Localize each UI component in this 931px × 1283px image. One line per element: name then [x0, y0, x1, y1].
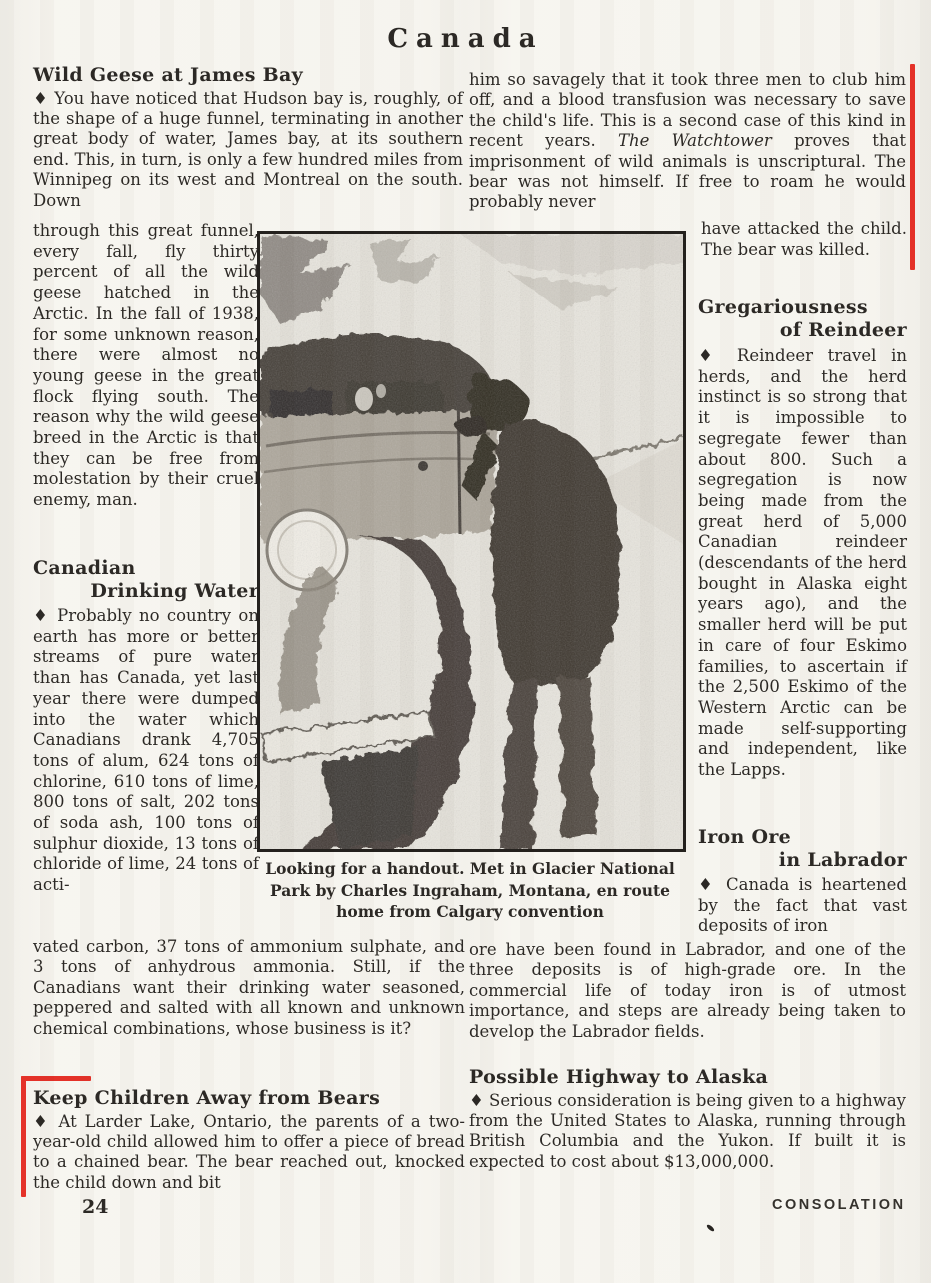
article-iron-ore: Iron Ore in Labrador ♦ Canada is hearten… — [698, 826, 907, 937]
italic-publication-title: The Watchtower — [618, 131, 772, 150]
article-alaska-highway: Possible Highway to Alaska ♦ Serious con… — [469, 1066, 906, 1172]
article-heading: Wild Geese at James Bay — [33, 64, 463, 87]
bear-photo — [257, 231, 686, 852]
article-wild-geese-continuation: through this great funnel, every fall, f… — [33, 221, 259, 511]
article-paragraph: have attacked the child. The bear was ki… — [701, 219, 907, 260]
article-bear-story-lead: him so savagely that it took three men t… — [469, 70, 906, 213]
article-drinking-water-continuation: vated carbon, 37 tons of ammonium sulpha… — [33, 937, 465, 1039]
bear-photo-illustration — [260, 234, 683, 849]
article-paragraph: ♦ Probably no country on earth has more … — [33, 606, 259, 896]
article-heading: Canadian Drinking Water — [33, 557, 259, 602]
article-heading: Gregariousness of Reindeer — [698, 296, 907, 341]
article-paragraph: ore have been found in Labrador, and one… — [469, 940, 906, 1042]
red-bracket-top — [21, 1076, 91, 1081]
article-heading: Possible Highway to Alaska — [469, 1066, 906, 1089]
article-paragraph: ♦ Canada is heartened by the fact that v… — [698, 875, 907, 937]
article-wild-geese-lead: Wild Geese at James Bay ♦ You have notic… — [33, 64, 463, 211]
article-keep-children: Keep Children Away from Bears ♦ At Larde… — [33, 1087, 465, 1193]
article-paragraph: ♦ Reindeer travel in herds, and the herd… — [698, 346, 907, 781]
halftone-grain — [260, 234, 683, 849]
ink-speck — [706, 1224, 715, 1233]
article-paragraph: ♦ You have noticed that Hudson bay is, r… — [33, 89, 463, 211]
page-number: 24 — [82, 1196, 108, 1218]
article-paragraph: him so savagely that it took three men t… — [469, 70, 906, 213]
article-bear-story-continuation: have attacked the child. The bear was ki… — [701, 219, 907, 260]
magazine-page: Canada Wild Geese at James Bay ♦ You hav… — [0, 0, 931, 1283]
article-iron-ore-continuation: ore have been found in Labrador, and one… — [469, 940, 906, 1042]
page-title: Canada — [0, 24, 931, 54]
article-reindeer: Gregariousness of Reindeer ♦ Reindeer tr… — [698, 296, 907, 781]
article-paragraph: vated carbon, 37 tons of ammonium sulpha… — [33, 937, 465, 1039]
red-bracket-side — [21, 1076, 26, 1197]
magazine-name: CONSOLATION — [772, 1197, 906, 1213]
photo-caption: Looking for a handout. Met in Glacier Na… — [254, 858, 686, 923]
red-margin-mark-right — [910, 64, 915, 270]
article-heading: Keep Children Away from Bears — [33, 1087, 465, 1110]
article-drinking-water: Canadian Drinking Water ♦ Probably no co… — [33, 557, 259, 896]
article-paragraph: ♦ At Larder Lake, Ontario, the parents o… — [33, 1112, 465, 1194]
article-heading: Iron Ore in Labrador — [698, 826, 907, 871]
article-paragraph: ♦ Serious consideration is being given t… — [469, 1091, 906, 1173]
article-paragraph: through this great funnel, every fall, f… — [33, 221, 259, 511]
